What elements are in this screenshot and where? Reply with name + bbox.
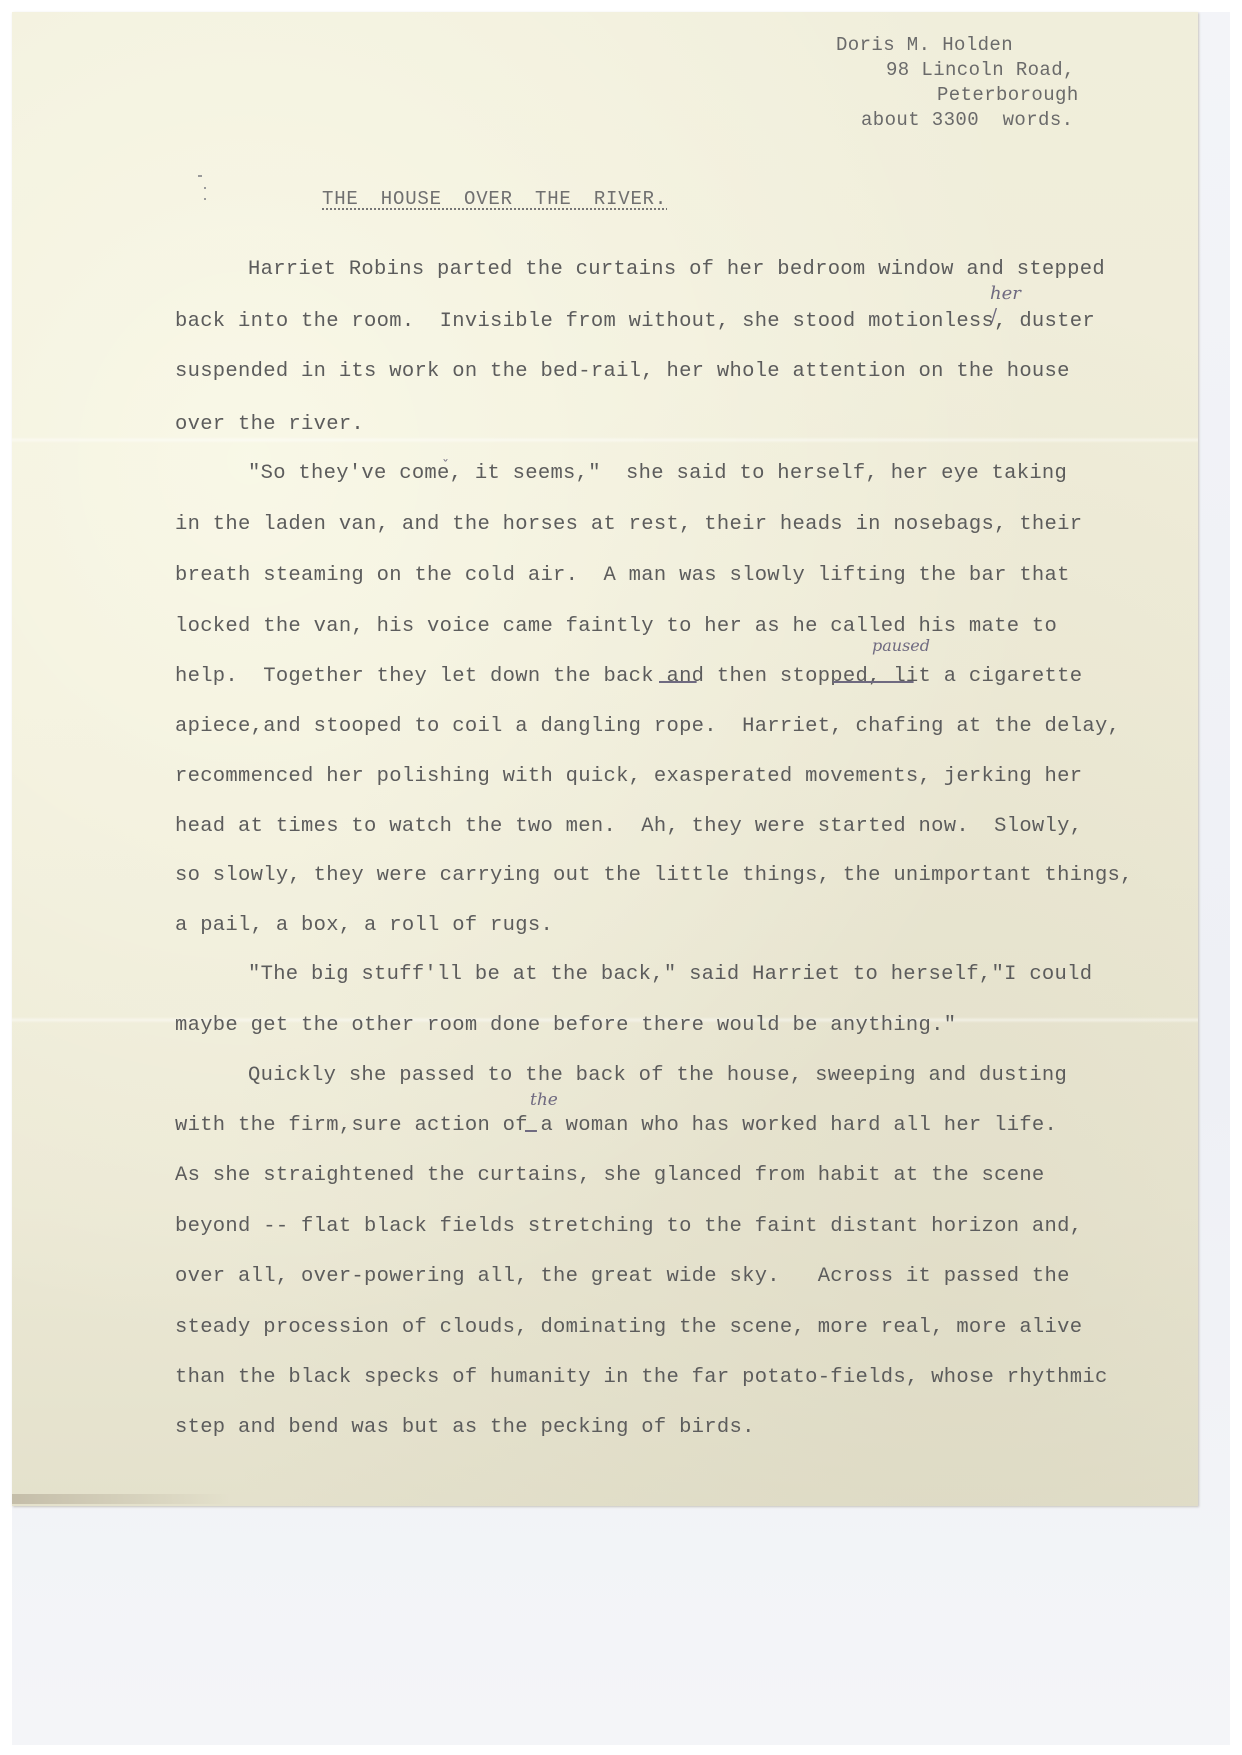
author-address-city: Peterborough [937, 84, 1079, 106]
text-line: steady procession of clouds, dominating … [175, 1316, 1082, 1339]
handwritten-insert-paused: paused [872, 636, 930, 655]
handwritten-insert-the: the [530, 1090, 558, 1110]
text-line: breath steaming on the cold air. A man w… [175, 564, 1070, 587]
text-line: over all, over-powering all, the great w… [175, 1265, 1070, 1288]
text-line: back into the room. Invisible from witho… [175, 310, 1095, 333]
handwritten-insert-her: her [990, 283, 1021, 304]
text-line: locked the van, his voice came faintly t… [175, 615, 1057, 638]
pencil-tick-mark: ˇ [442, 458, 449, 474]
text-line: over the river. [175, 413, 364, 436]
insertion-caret-mark: / [991, 305, 997, 326]
struck-word-and: and [659, 669, 697, 693]
text-line: help. Together they let down the back an… [175, 665, 1082, 688]
text-line: beyond -- flat black fields stretching t… [175, 1215, 1082, 1238]
text-line: in the laden van, and the horses at rest… [175, 513, 1082, 536]
struck-word-stopped: stopped [833, 669, 914, 693]
text-line: suspended in its work on the bed-rail, h… [175, 360, 1070, 383]
struck-word-a: a [525, 1118, 537, 1142]
text-line: maybe get the other room done before the… [175, 1014, 956, 1037]
text-line: "So they've come, it seems," she said to… [248, 462, 1067, 485]
margin-mark [204, 187, 206, 189]
text-line: As she straightened the curtains, she gl… [175, 1164, 1045, 1187]
text-line: Harriet Robins parted the curtains of he… [248, 258, 1105, 281]
text-line: "The big stuff'll be at the back," said … [248, 963, 1092, 986]
story-title: THE HOUSE OVER THE RIVER. [322, 188, 667, 210]
author-name: Doris M. Holden [836, 34, 1013, 56]
text-line: Quickly she passed to the back of the ho… [248, 1064, 1067, 1087]
text-line: head at times to watch the two men. Ah, … [175, 815, 1082, 838]
paper-fold-crease [12, 437, 1198, 443]
author-address-street: 98 Lincoln Road, [886, 59, 1075, 81]
paper-edge-scuff [12, 1494, 232, 1504]
text-line: with the firm,sure action of a woman who… [175, 1114, 1057, 1137]
text-line: step and bend was but as the pecking of … [175, 1416, 755, 1439]
margin-mark [204, 198, 206, 200]
text-line: apiece,and stooped to coil a dangling ro… [175, 715, 1120, 738]
text-line: recommenced her polishing with quick, ex… [175, 765, 1082, 788]
word-count: about 3300 words. [861, 109, 1073, 131]
text-line: a pail, a box, a roll of rugs. [175, 914, 553, 937]
text-line: than the black specks of humanity in the… [175, 1366, 1108, 1389]
margin-mark [198, 175, 202, 177]
text-line: so slowly, they were carrying out the li… [175, 864, 1133, 887]
